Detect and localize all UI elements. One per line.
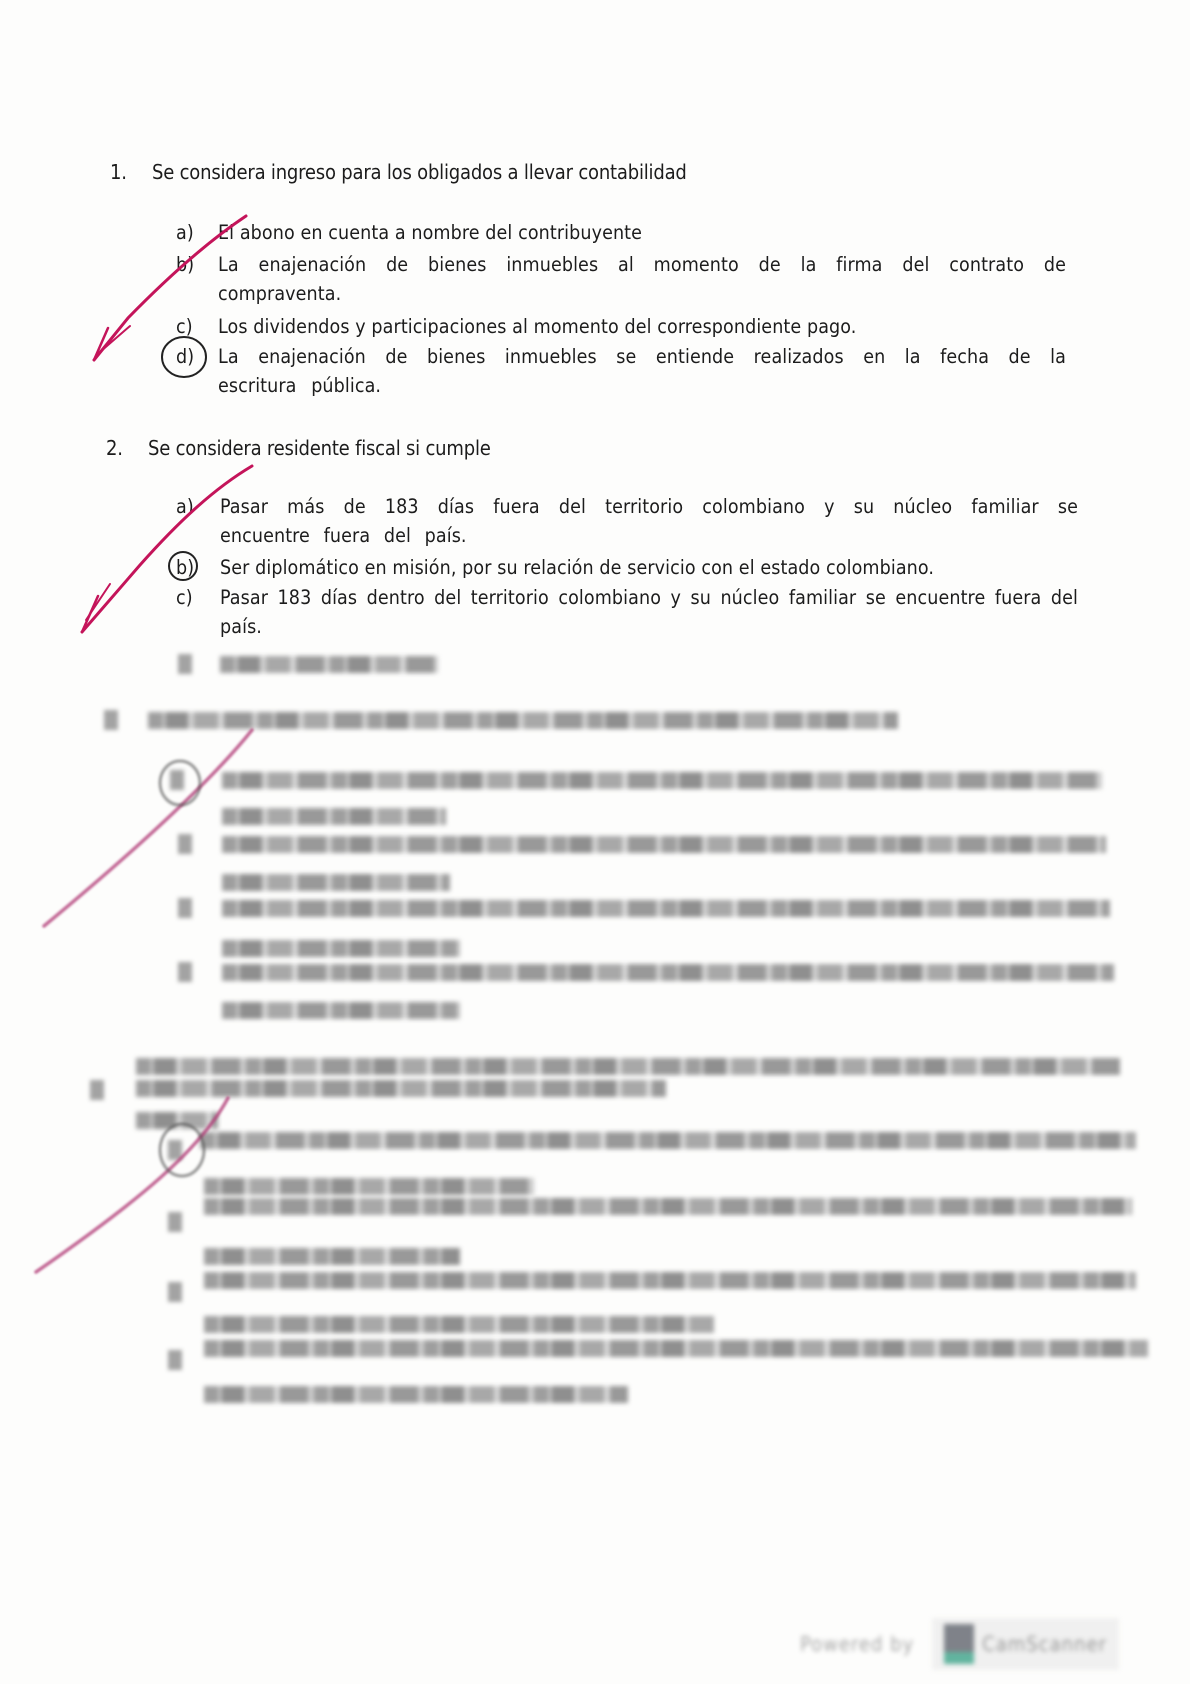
option-letter: c) bbox=[176, 312, 193, 341]
option-text: Los dividendos y participaciones al mome… bbox=[218, 312, 1066, 341]
option-letter-blurred bbox=[178, 834, 192, 854]
question-text: Se considera residente fiscal si cumple bbox=[148, 436, 491, 460]
option-letter-blurred bbox=[168, 1212, 182, 1232]
watermark-brand: CamScanner bbox=[982, 1632, 1107, 1656]
option-text-blurred bbox=[222, 1002, 460, 1019]
option-text-blurred bbox=[204, 1198, 1132, 1215]
question-2-prompt: 2.Se considera residente fiscal si cumpl… bbox=[106, 436, 491, 460]
scanner-watermark: Powered by CamScanner bbox=[800, 1618, 1119, 1670]
question-2-option-a: a) Pasar más de 183 días fuera del terri… bbox=[176, 492, 1078, 550]
scanned-page: 1.Se considera ingreso para los obligado… bbox=[0, 0, 1190, 1684]
option-text-blurred bbox=[222, 772, 1102, 789]
option-text: Ser diplomático en misión, por su relaci… bbox=[220, 553, 1078, 582]
option-text: El abono en cuenta a nombre del contribu… bbox=[218, 218, 1066, 247]
question-2-option-d-blurred bbox=[220, 656, 438, 673]
option-letter: c) bbox=[176, 583, 193, 612]
option-letter-blurred bbox=[178, 962, 192, 982]
option-text: La enajenación de bienes inmuebles al mo… bbox=[218, 250, 1066, 308]
option-text: La enajenación de bienes inmuebles se en… bbox=[218, 342, 1066, 400]
watermark-text: Powered by bbox=[800, 1632, 914, 1656]
option-text: Pasar más de 183 días fuera del territor… bbox=[220, 492, 1078, 550]
option-letter: a) bbox=[176, 492, 194, 521]
question-1-option-b: b) La enajenación de bienes inmuebles al… bbox=[176, 250, 1066, 308]
option-letter-blurred bbox=[168, 1282, 182, 1302]
question-number-blurred bbox=[104, 710, 118, 730]
option-letter-blurred bbox=[168, 1140, 182, 1160]
question-number: 1. bbox=[110, 160, 152, 184]
option-text-blurred bbox=[204, 1248, 460, 1265]
question-prompt-blurred bbox=[136, 1058, 1120, 1075]
option-text-blurred bbox=[204, 1178, 534, 1195]
question-prompt-blurred bbox=[136, 1080, 666, 1097]
option-letter: b) bbox=[176, 553, 194, 582]
option-text-blurred bbox=[200, 1132, 1136, 1149]
question-number-blurred bbox=[90, 1080, 104, 1100]
option-text-blurred bbox=[222, 940, 460, 957]
question-prompt-blurred bbox=[136, 1112, 218, 1129]
check-mark-icon bbox=[44, 730, 252, 926]
question-1-option-c: c) Los dividendos y participaciones al m… bbox=[176, 312, 1066, 341]
option-text-blurred bbox=[222, 836, 1106, 853]
question-1-prompt: 1.Se considera ingreso para los obligado… bbox=[110, 160, 687, 184]
option-letter-blurred bbox=[178, 898, 192, 918]
option-letter-blurred bbox=[168, 1350, 182, 1370]
question-number: 2. bbox=[106, 436, 148, 460]
option-text-blurred bbox=[222, 964, 1114, 981]
scanner-logo-icon bbox=[944, 1624, 974, 1664]
option-letter: a) bbox=[176, 218, 194, 247]
option-text-blurred bbox=[204, 1272, 1136, 1289]
question-2-option-d-letter-blurred bbox=[178, 654, 192, 674]
option-letter: d) bbox=[176, 342, 194, 371]
answer-circle-icon bbox=[160, 1124, 204, 1176]
option-text-blurred bbox=[222, 808, 446, 825]
question-prompt-blurred bbox=[148, 712, 898, 729]
question-1-option-d: d) La enajenación de bienes inmuebles se… bbox=[176, 342, 1066, 400]
option-text: Pasar 183 días dentro del territorio col… bbox=[220, 583, 1078, 641]
question-2-option-b: b) Ser diplomático en misión, por su rel… bbox=[176, 553, 1078, 582]
option-text-blurred bbox=[204, 1340, 1148, 1357]
option-text-blurred bbox=[204, 1316, 714, 1333]
option-text-blurred bbox=[204, 1386, 628, 1403]
question-1-option-a: a) El abono en cuenta a nombre del contr… bbox=[176, 218, 1066, 247]
option-text-blurred bbox=[222, 874, 450, 891]
watermark-badge: CamScanner bbox=[932, 1618, 1119, 1670]
option-letter-blurred bbox=[170, 770, 184, 790]
question-2-option-c: c) Pasar 183 días dentro del territorio … bbox=[176, 583, 1078, 641]
option-text-blurred bbox=[222, 900, 1110, 917]
question-text: Se considera ingreso para los obligados … bbox=[152, 160, 687, 184]
option-letter: b) bbox=[176, 250, 194, 279]
